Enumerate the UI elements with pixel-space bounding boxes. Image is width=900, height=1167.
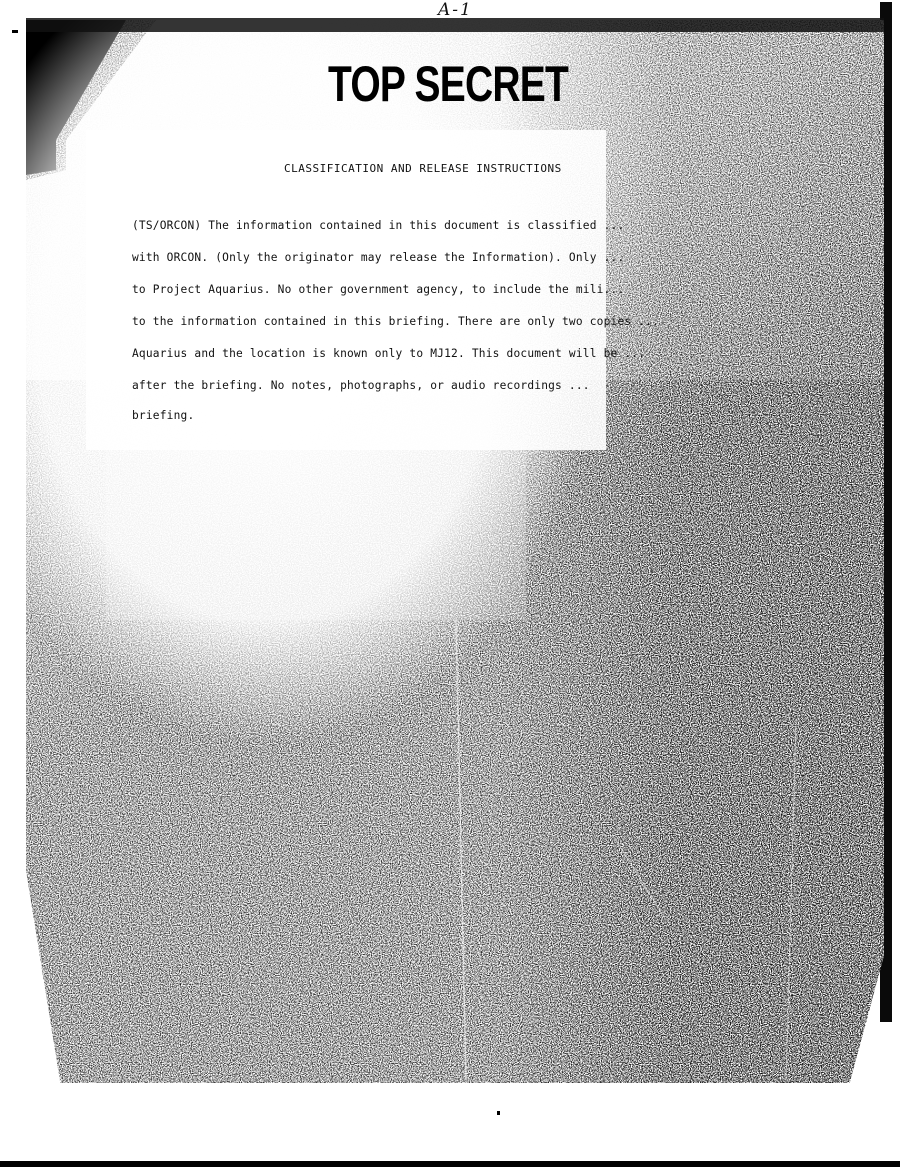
- scanned-page: [26, 20, 884, 1083]
- body-line: after the briefing. No notes, photograph…: [132, 379, 590, 392]
- body-line: with ORCON. (Only the originator may rel…: [132, 251, 624, 264]
- classification-banner: TOP SECRET: [328, 55, 568, 113]
- body-line: to the information contained in this bri…: [132, 315, 659, 328]
- body-line: Aquarius and the location is known only …: [132, 347, 645, 360]
- section-heading: CLASSIFICATION AND RELEASE INSTRUCTIONS: [284, 162, 562, 175]
- body-line: briefing.: [132, 409, 194, 422]
- scan-speck: [12, 30, 18, 33]
- scan-bottom-bar: [0, 1161, 900, 1167]
- body-line: (TS/ORCON) The information contained in …: [132, 219, 624, 232]
- scan-speck: [497, 1111, 500, 1115]
- handwritten-page-number: A-1: [438, 0, 473, 20]
- body-line: to Project Aquarius. No other government…: [132, 283, 624, 296]
- scan-noise-overlay: [26, 20, 884, 1083]
- scan-top-band: [26, 18, 884, 32]
